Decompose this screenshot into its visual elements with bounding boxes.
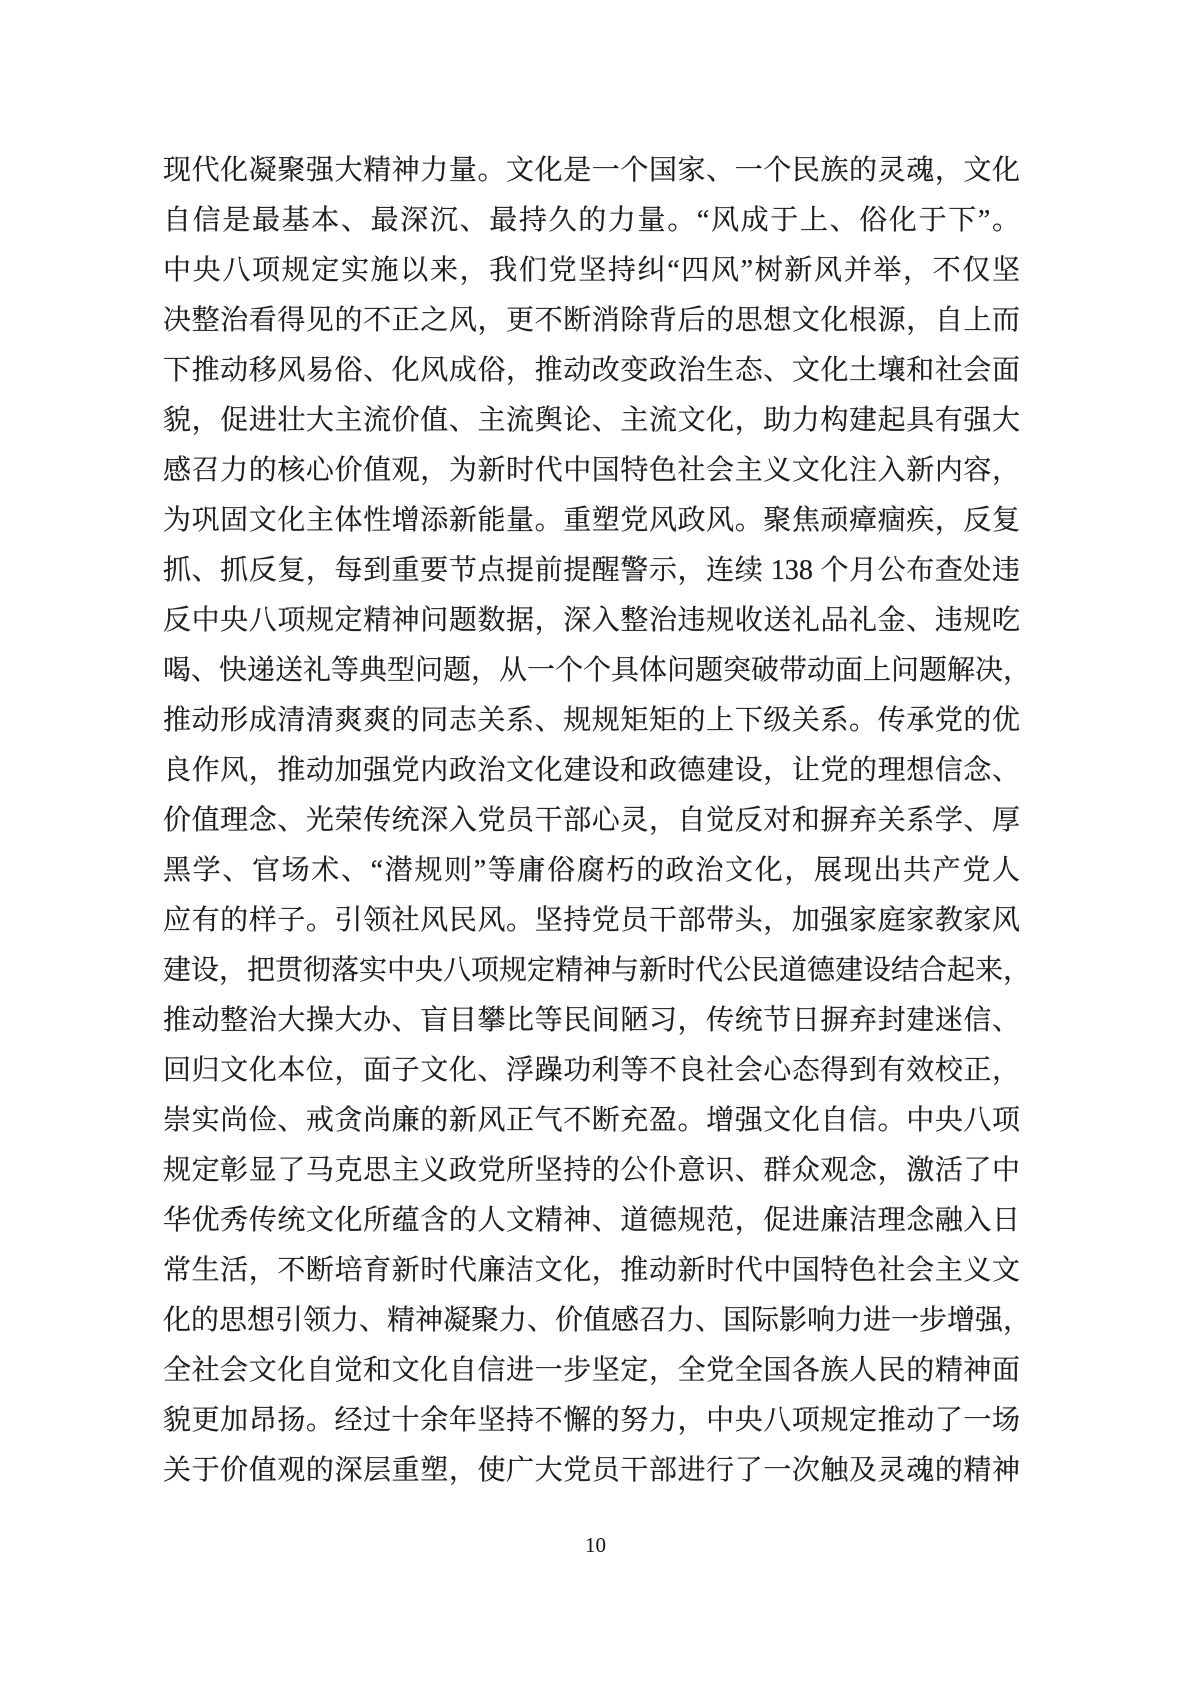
text-line: 价值理念、光荣传统深入党员干部心灵，自觉反对和摒弃关系学、厚 [163, 796, 1020, 846]
text-line: 中央八项规定实施以来，我们党坚持纠“四风”树新风并举，不仅坚 [163, 246, 1020, 296]
text-line: 化的思想引领力、精神凝聚力、价值感召力、国际影响力进一步增强， [163, 1296, 1020, 1346]
text-line: 全社会文化自觉和文化自信进一步坚定，全党全国各族人民的精神面 [163, 1346, 1020, 1396]
page-number: 10 [0, 1532, 1191, 1558]
text-line: 抓、抓反复，每到重要节点提前提醒警示，连续 138 个月公布查处违 [163, 546, 1020, 596]
text-line: 建设，把贯彻落实中央八项规定精神与新时代公民道德建设结合起来， [163, 946, 1020, 996]
text-line: 下推动移风易俗、化风成俗，推动改变政治生态、文化土壤和社会面 [163, 346, 1020, 396]
text-line: 推动形成清清爽爽的同志关系、规规矩矩的上下级关系。传承党的优 [163, 696, 1020, 746]
text-line: 崇实尚俭、戒贪尚廉的新风正气不断充盈。增强文化自信。中央八项 [163, 1096, 1020, 1146]
text-line: 貌，促进壮大主流价值、主流舆论、主流文化，助力构建起具有强大 [163, 396, 1020, 446]
text-line: 关于价值观的深层重塑，使广大党员干部进行了一次触及灵魂的精神 [163, 1446, 1020, 1496]
text-line: 决整治看得见的不正之风，更不断消除背后的思想文化根源，自上而 [163, 296, 1020, 346]
text-line: 现代化凝聚强大精神力量。文化是一个国家、一个民族的灵魂，文化 [163, 146, 1020, 196]
text-line: 为巩固文化主体性增添新能量。重塑党风政风。聚焦顽瘴痼疾，反复 [163, 496, 1020, 546]
text-line: 回归文化本位，面子文化、浮躁功利等不良社会心态得到有效校正， [163, 1046, 1020, 1096]
body-text: 现代化凝聚强大精神力量。文化是一个国家、一个民族的灵魂，文化自信是最基本、最深沉… [163, 146, 1020, 1496]
text-line: 常生活，不断培育新时代廉洁文化，推动新时代中国特色社会主义文 [163, 1246, 1020, 1296]
document-page: 现代化凝聚强大精神力量。文化是一个国家、一个民族的灵魂，文化自信是最基本、最深沉… [0, 0, 1191, 1684]
text-line: 推动整治大操大办、盲目攀比等民间陋习，传统节日摒弃封建迷信、 [163, 996, 1020, 1046]
text-line: 貌更加昂扬。经过十余年坚持不懈的努力，中央八项规定推动了一场 [163, 1396, 1020, 1446]
text-line: 反中央八项规定精神问题数据，深入整治违规收送礼品礼金、违规吃 [163, 596, 1020, 646]
text-line: 规定彰显了马克思主义政党所坚持的公仆意识、群众观念，激活了中 [163, 1146, 1020, 1196]
text-line: 黑学、官场术、“潜规则”等庸俗腐朽的政治文化，展现出共产党人 [163, 846, 1020, 896]
text-line: 自信是最基本、最深沉、最持久的力量。“风成于上、俗化于下”。 [163, 196, 1020, 246]
text-line: 良作风，推动加强党内政治文化建设和政德建设，让党的理想信念、 [163, 746, 1020, 796]
text-line: 华优秀传统文化所蕴含的人文精神、道德规范，促进廉洁理念融入日 [163, 1196, 1020, 1246]
text-line: 感召力的核心价值观，为新时代中国特色社会主义文化注入新内容， [163, 446, 1020, 496]
text-line: 应有的样子。引领社风民风。坚持党员干部带头，加强家庭家教家风 [163, 896, 1020, 946]
text-line: 喝、快递送礼等典型问题，从一个个具体问题突破带动面上问题解决， [163, 646, 1020, 696]
